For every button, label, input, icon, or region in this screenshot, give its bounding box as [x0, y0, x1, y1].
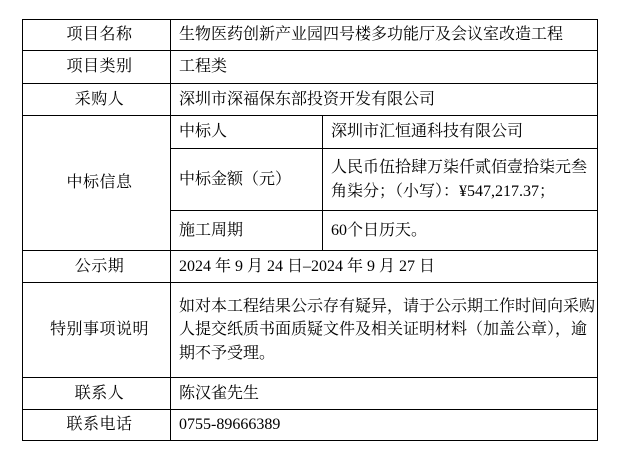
- contact-person-label: 联系人: [23, 378, 171, 410]
- bid-winner-label: 中标人: [171, 116, 323, 149]
- bid-winner-value: 深圳市汇恒通科技有限公司: [323, 116, 598, 149]
- construction-duration-label: 施工周期: [171, 211, 323, 251]
- document-page: 项目名称 生物医药创新产业园四号楼多功能厅及会议室改造工程 项目类别 工程类 采…: [0, 0, 618, 461]
- contact-phone-label: 联系电话: [23, 410, 171, 441]
- row-purchaser: 采购人 深圳市深福保东部投资开发有限公司: [23, 84, 598, 116]
- bid-amount-label: 中标金额（元）: [171, 149, 323, 211]
- row-publicity-period: 公示期 2024 年 9 月 24 日–2024 年 9 月 27 日: [23, 251, 598, 283]
- publicity-period-value: 2024 年 9 月 24 日–2024 年 9 月 27 日: [171, 251, 598, 283]
- special-notes-label: 特别事项说明: [23, 283, 171, 378]
- row-bid-winner: 中标信息 中标人 深圳市汇恒通科技有限公司: [23, 116, 598, 149]
- bid-announcement-table: 项目名称 生物医药创新产业园四号楼多功能厅及会议室改造工程 项目类别 工程类 采…: [22, 19, 598, 441]
- row-project-category: 项目类别 工程类: [23, 51, 598, 84]
- project-category-label: 项目类别: [23, 51, 171, 84]
- bid-amount-value: 人民币伍拾肆万柒仟贰佰壹拾柒元叁角柒分；（小写）：¥547,217.37；: [323, 149, 598, 211]
- contact-person-value: 陈汉雀先生: [171, 378, 598, 410]
- project-category-value: 工程类: [171, 51, 598, 84]
- publicity-period-label: 公示期: [23, 251, 171, 283]
- row-contact-phone: 联系电话 0755-89666389: [23, 410, 598, 441]
- purchaser-value: 深圳市深福保东部投资开发有限公司: [171, 84, 598, 116]
- row-special-notes: 特别事项说明 如对本工程结果公示存有疑异，请于公示期工作时间向采购人提交纸质书面…: [23, 283, 598, 378]
- special-notes-value: 如对本工程结果公示存有疑异，请于公示期工作时间向采购人提交纸质书面质疑文件及相关…: [171, 283, 598, 378]
- project-name-label: 项目名称: [23, 20, 171, 51]
- row-contact-person: 联系人 陈汉雀先生: [23, 378, 598, 410]
- contact-phone-value: 0755-89666389: [171, 410, 598, 441]
- bid-info-label: 中标信息: [23, 116, 171, 251]
- row-project-name: 项目名称 生物医药创新产业园四号楼多功能厅及会议室改造工程: [23, 20, 598, 51]
- purchaser-label: 采购人: [23, 84, 171, 116]
- project-name-value: 生物医药创新产业园四号楼多功能厅及会议室改造工程: [171, 20, 598, 51]
- construction-duration-value: 60个日历天。: [323, 211, 598, 251]
